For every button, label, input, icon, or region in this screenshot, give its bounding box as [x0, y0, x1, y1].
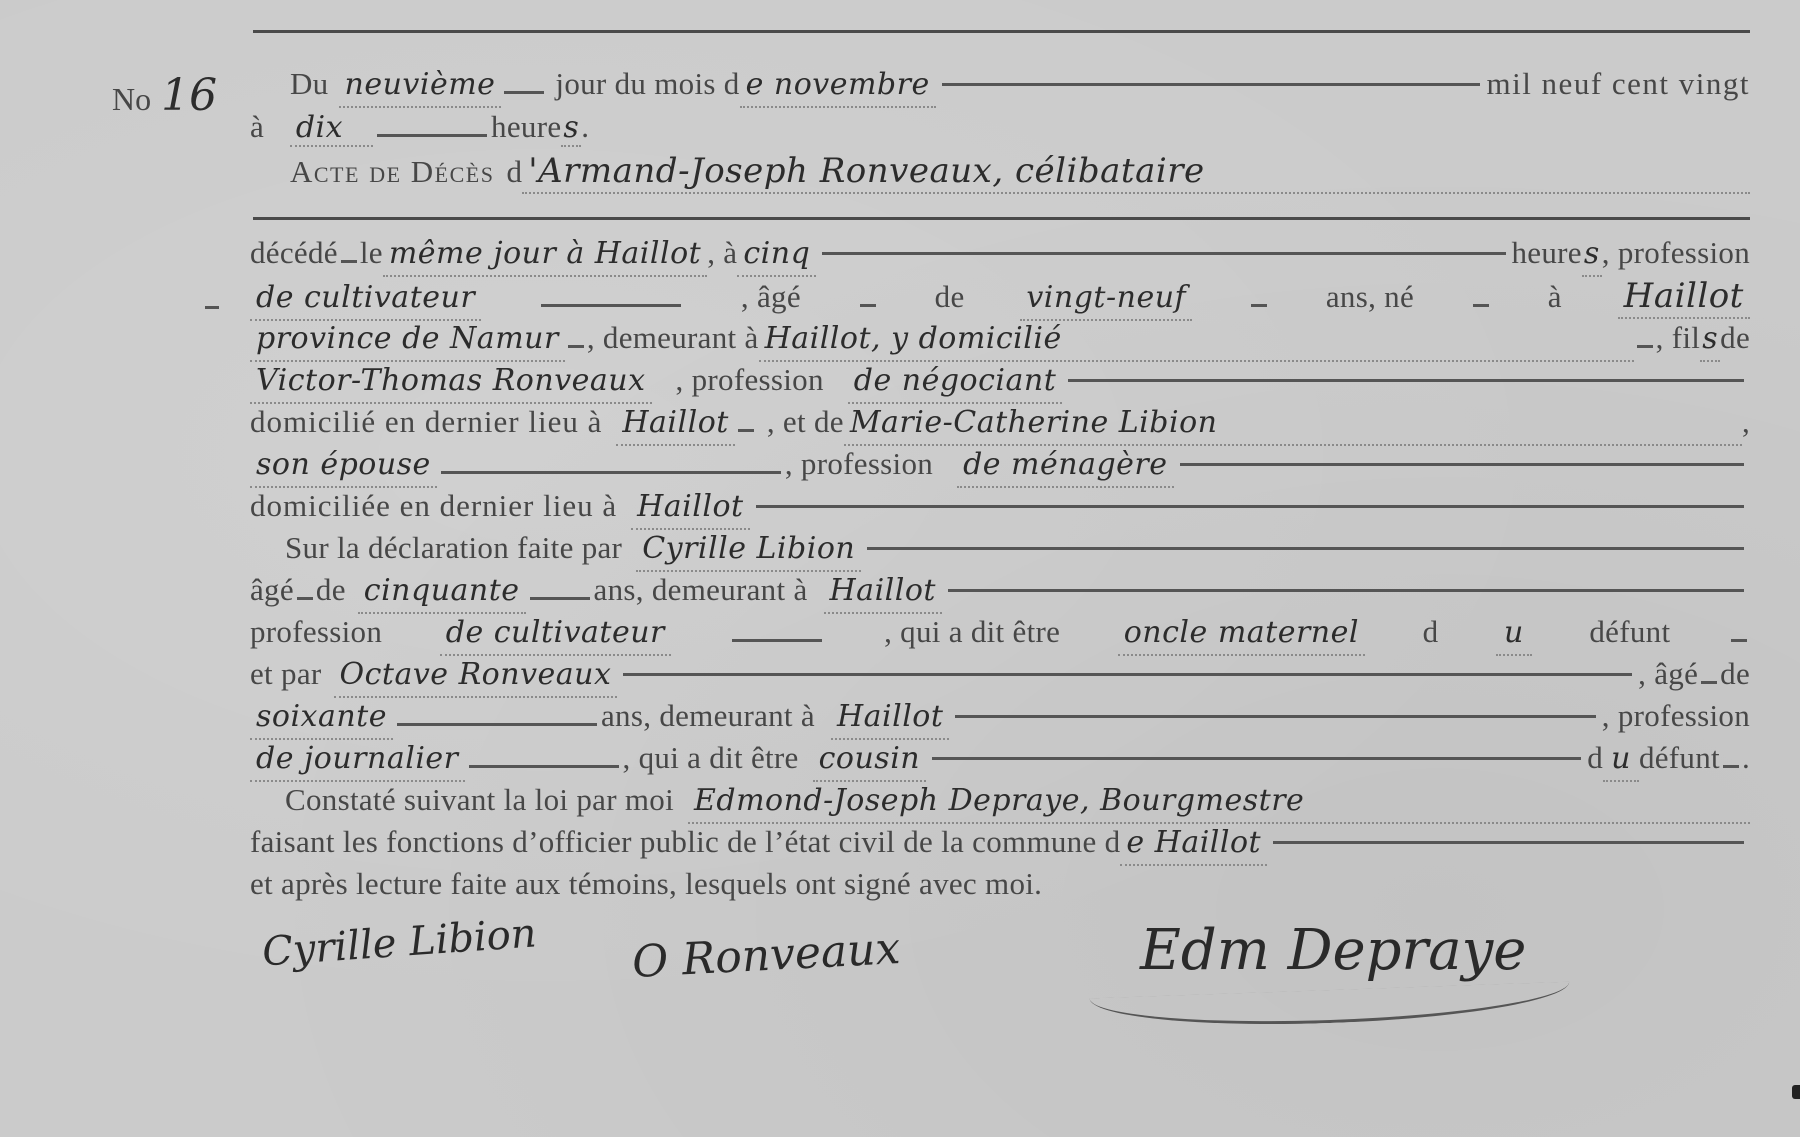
fill-line [1273, 841, 1744, 844]
fill-dash [1701, 681, 1717, 684]
printed-text: . [581, 109, 589, 144]
line-hour: à dixheures. [250, 106, 1750, 148]
line-deces: décédéle même jour à Haillot , à cinq he… [250, 232, 1750, 274]
printed-text: de [1720, 317, 1750, 359]
printed-text: , âgé [1638, 653, 1698, 695]
printed-text: décédé [250, 232, 338, 274]
printed-text: profession [250, 611, 382, 653]
handwritten-plural: s [1582, 233, 1602, 277]
line-age: de cultivateur , âgéde vingt-neuf ans, n… [250, 275, 1750, 317]
fill-line [441, 471, 781, 474]
signature-flourish [1090, 982, 1571, 1032]
fill-dash [341, 260, 357, 263]
fill-dash [860, 304, 876, 307]
fill-line [377, 134, 487, 137]
handwritten-article: u [1496, 612, 1532, 656]
line-declarant1-age: âgéde cinquante ans, demeurant à Haillot [250, 569, 1750, 611]
line-officer: Constaté suivant la loi par moi Edmond-J… [285, 779, 1750, 821]
handwritten-father-domicile: Haillot [616, 402, 734, 446]
handwritten-plural: s [561, 110, 581, 147]
printed-text: et après lecture faite aux témoins, lesq… [250, 866, 1042, 901]
printed-text: ans, demeurant à [601, 695, 815, 737]
line-date: Du neuvième jour du mois de novembre mil… [290, 63, 1750, 105]
handwritten-article: u [1603, 738, 1639, 782]
handwritten-father-name: Victor-Thomas Ronveaux [250, 360, 652, 404]
fill-line [867, 547, 1744, 550]
handwritten-plural: s [1700, 318, 1720, 362]
fill-line [397, 723, 597, 726]
printed-text: Sur la déclaration faite par [285, 527, 622, 569]
fill-dash [738, 429, 754, 432]
fill-line [955, 715, 1595, 718]
handwritten-declarant2-age: soixante [250, 696, 393, 740]
printed-text: de [935, 276, 965, 318]
handwritten-father-profession: de négociant [848, 360, 1063, 404]
handwritten-mother-name: Marie-Catherine Libion [844, 402, 1742, 446]
fill-line [942, 83, 1481, 86]
entry-number: No16 [112, 70, 217, 121]
printed-text: de [316, 569, 346, 611]
handwritten-month: e novembre [740, 64, 936, 108]
fill-dash [504, 91, 544, 94]
handwritten-residence: Haillot, y domicilié [759, 318, 1634, 362]
printed-text: , à [707, 232, 737, 274]
edge-mark [1792, 1085, 1800, 1099]
printed-text: et par [250, 653, 322, 695]
printed-text: Du [290, 63, 329, 105]
printed-text: d [1587, 737, 1603, 779]
handwritten-declarant2-profession: de journalier [250, 738, 465, 782]
printed-text: faisant les fonctions d’officier public … [250, 821, 1120, 863]
fill-line [1068, 379, 1744, 382]
fill-line [948, 589, 1744, 592]
handwritten-deceased-name: 'Armand-Joseph Ronveaux, célibataire [522, 150, 1750, 194]
line-residence: province de Namur , demeurant à Haillot,… [250, 317, 1750, 359]
printed-text: , demeurant à [587, 317, 759, 359]
handwritten-declarant2-name: Octave Ronveaux [334, 654, 618, 698]
printed-text: d [1423, 611, 1439, 653]
printed-text: ans, demeurant à [594, 569, 808, 611]
fill-dash [1473, 304, 1489, 307]
printed-text: , qui a dit être [623, 737, 799, 779]
fill-line [822, 252, 1505, 255]
printed-text: . [1742, 737, 1750, 779]
handwritten-commune: e Haillot [1120, 822, 1267, 866]
printed-text: , profession [1602, 695, 1750, 737]
entry-number-label: No [112, 81, 151, 117]
handwritten-age: vingt-neuf [1020, 277, 1192, 321]
printed-text: défunt [1589, 611, 1670, 653]
line-declarant1-profession: profession de cultivateur , qui a dit êt… [250, 611, 1750, 653]
printed-text: le [360, 232, 383, 274]
handwritten-declarant2-residence: Haillot [831, 696, 949, 740]
entry-number-value: 16 [161, 70, 217, 121]
handwritten-declarant1-age: cinquante [358, 570, 526, 614]
printed-text: de [1720, 653, 1750, 695]
line-declarant1: Sur la déclaration faite par Cyrille Lib… [285, 527, 1750, 569]
printed-text: heure [491, 109, 561, 144]
handwritten-birthplace: Haillot [1618, 275, 1750, 319]
handwritten-mother-profession: de ménagère [957, 444, 1173, 488]
printed-text: , [1742, 401, 1750, 443]
handwritten-province: province de Namur [250, 318, 565, 362]
line-mother-domicile: domiciliée en dernier lieu à Haillot [250, 485, 1750, 527]
printed-text: , profession [1602, 232, 1750, 274]
line-commune: faisant les fonctions d’officier public … [250, 821, 1750, 863]
printed-text: jour du mois d [555, 63, 739, 105]
printed-text: à [1548, 276, 1562, 318]
line-declarant2-age: soixante ans, demeurant à Haillot , prof… [250, 695, 1750, 737]
line-mother: son épouse , profession de ménagère [250, 443, 1750, 485]
printed-text: mil neuf cent vingt [1486, 63, 1750, 105]
handwritten-officer-name: Edmond-Joseph Depraye, Bourgmestre [688, 780, 1750, 824]
fill-line [623, 673, 1632, 676]
handwritten-declarant1-residence: Haillot [824, 570, 942, 614]
document-page: No16 Du neuvième jour du mois de novembr… [0, 0, 1800, 1137]
line-father: Victor-Thomas Ronveaux , profession de n… [250, 359, 1750, 401]
fill-dash [297, 597, 313, 600]
margin-mark [205, 306, 219, 309]
handwritten-hour: dix [290, 110, 373, 147]
printed-text: domicilié en dernier lieu à [250, 401, 602, 443]
fill-dash [568, 345, 584, 348]
handwritten-mother-relation: son épouse [250, 444, 437, 488]
handwritten-place-of-death: même jour à Haillot [383, 233, 707, 277]
handwritten-profession: de cultivateur [250, 277, 481, 321]
handwritten-declarant1-relation: oncle maternel [1118, 612, 1365, 656]
handwritten-mother-domicile: Haillot [631, 486, 749, 530]
fill-dash [1637, 345, 1653, 348]
fill-line [469, 765, 619, 768]
fill-line [732, 639, 822, 642]
printed-text: à [250, 109, 264, 144]
line-acte: Acte de Décès d 'Armand-Joseph Ronveaux,… [290, 150, 1750, 192]
signature-declarant1: Cyrille Libion [261, 910, 538, 975]
signature-declarant2: O Ronveaux [631, 923, 902, 988]
line-declarant2-profession: de journalier , qui a dit être cousin du… [250, 737, 1750, 779]
printed-text: domiciliée en dernier lieu à [250, 485, 617, 527]
handwritten-declarant2-relation: cousin [813, 738, 927, 782]
signature-officer: Edm Depraye [1140, 918, 1526, 983]
handwritten-declarant1-profession: de cultivateur [440, 612, 671, 656]
handwritten-day: neuvième [339, 64, 502, 108]
printed-text: , profession [676, 359, 824, 401]
line-closing: et après lecture faite aux témoins, lesq… [250, 863, 1750, 905]
printed-text: , âgé [741, 276, 801, 318]
printed-text: d [506, 151, 522, 193]
printed-text: âgé [250, 569, 294, 611]
fill-line [541, 304, 681, 307]
fill-dash [1723, 765, 1739, 768]
printed-text: , et de [767, 401, 844, 443]
acte-title: Acte de Décès [290, 151, 494, 193]
printed-text: heure [1512, 232, 1582, 274]
handwritten-hour-of-death: cinq [737, 233, 816, 277]
printed-text: ans, né [1326, 276, 1414, 318]
printed-text: , fil [1656, 317, 1701, 359]
printed-text: défunt [1639, 737, 1720, 779]
fill-dash [1251, 304, 1267, 307]
printed-text: , qui a dit être [884, 611, 1060, 653]
handwritten-declarant1-name: Cyrille Libion [636, 528, 861, 572]
section-rule [253, 217, 1750, 220]
fill-line [1180, 463, 1744, 466]
printed-text: , profession [785, 443, 933, 485]
fill-line [932, 757, 1581, 760]
fill-dash [1731, 639, 1747, 642]
top-rule [253, 30, 1750, 33]
printed-text: Constaté suivant la loi par moi [285, 779, 674, 821]
line-declarant2: et par Octave Ronveaux , âgéde [250, 653, 1750, 695]
fill-line [756, 505, 1744, 508]
line-father-domicile: domicilié en dernier lieu à Haillot , et… [250, 401, 1750, 443]
fill-line [530, 597, 590, 600]
